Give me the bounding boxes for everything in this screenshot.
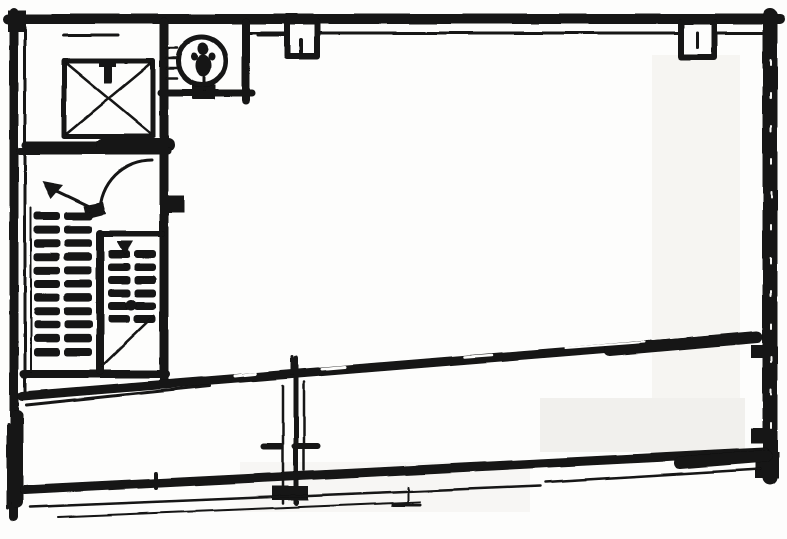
elevator-symbol-stem: [104, 61, 112, 83]
stair-left-flight-treads: [34, 212, 92, 356]
stair-tread: [64, 321, 92, 329]
stair-right-pier: [162, 196, 184, 213]
stair-tread: [64, 239, 92, 247]
stair-tread: [64, 226, 92, 234]
floor-plan-svg: [0, 0, 787, 539]
stair-tread: [34, 294, 60, 302]
stair-tread: [64, 266, 92, 274]
stair-tread: [34, 334, 60, 342]
stair-tread: [64, 348, 92, 356]
stair-tread: [64, 212, 92, 220]
toilet-figure-arm-right: [209, 53, 216, 61]
toilet-figure-head: [198, 43, 209, 56]
scanned-floor-plan-page: [0, 0, 787, 539]
toilet-figure-body: [195, 55, 211, 77]
stair-tread: [34, 307, 60, 315]
stair-tread: [108, 263, 130, 271]
stair-tread: [108, 289, 130, 297]
stair-break-line: [102, 316, 154, 366]
stair-tread: [134, 276, 156, 284]
stair-tread: [64, 307, 92, 315]
right-wall-notch-lower: [751, 428, 763, 443]
stair-tread: [64, 253, 92, 261]
ramp-lower-right-thick: [680, 456, 766, 463]
stair-tread: [34, 280, 60, 288]
stair-tread: [134, 250, 156, 258]
ramp-upper-gap-1: [235, 374, 255, 376]
right-wall-notch-upper: [751, 345, 764, 358]
stair-tread: [34, 348, 60, 356]
stair-right-flight-dot: [126, 300, 137, 311]
scan-band-right: [652, 55, 740, 445]
stair-tread: [134, 302, 156, 310]
stair-tread: [34, 266, 60, 274]
stair-tread: [134, 289, 156, 297]
stair-tread: [134, 263, 156, 271]
stair-tread: [64, 280, 92, 288]
stair-tread: [34, 253, 60, 261]
stair-tread: [34, 239, 60, 247]
stair-right-flight-treads: [108, 250, 156, 323]
stair-tread: [34, 321, 60, 329]
stair-tread: [34, 212, 60, 220]
toilet-figure-arm-left: [191, 53, 198, 61]
ramp-upper-gap-2: [322, 367, 345, 369]
stair-up-arrow-head: [42, 181, 63, 199]
stair-door-arc: [100, 160, 152, 212]
stair-tread: [64, 294, 92, 302]
stair-tread: [64, 334, 92, 342]
stair-tread: [34, 226, 60, 234]
stair-tread: [108, 315, 130, 323]
ramp-lower-thin-right: [545, 469, 760, 482]
stair-tread: [108, 276, 130, 284]
scan-band-bottom-right: [540, 398, 745, 452]
